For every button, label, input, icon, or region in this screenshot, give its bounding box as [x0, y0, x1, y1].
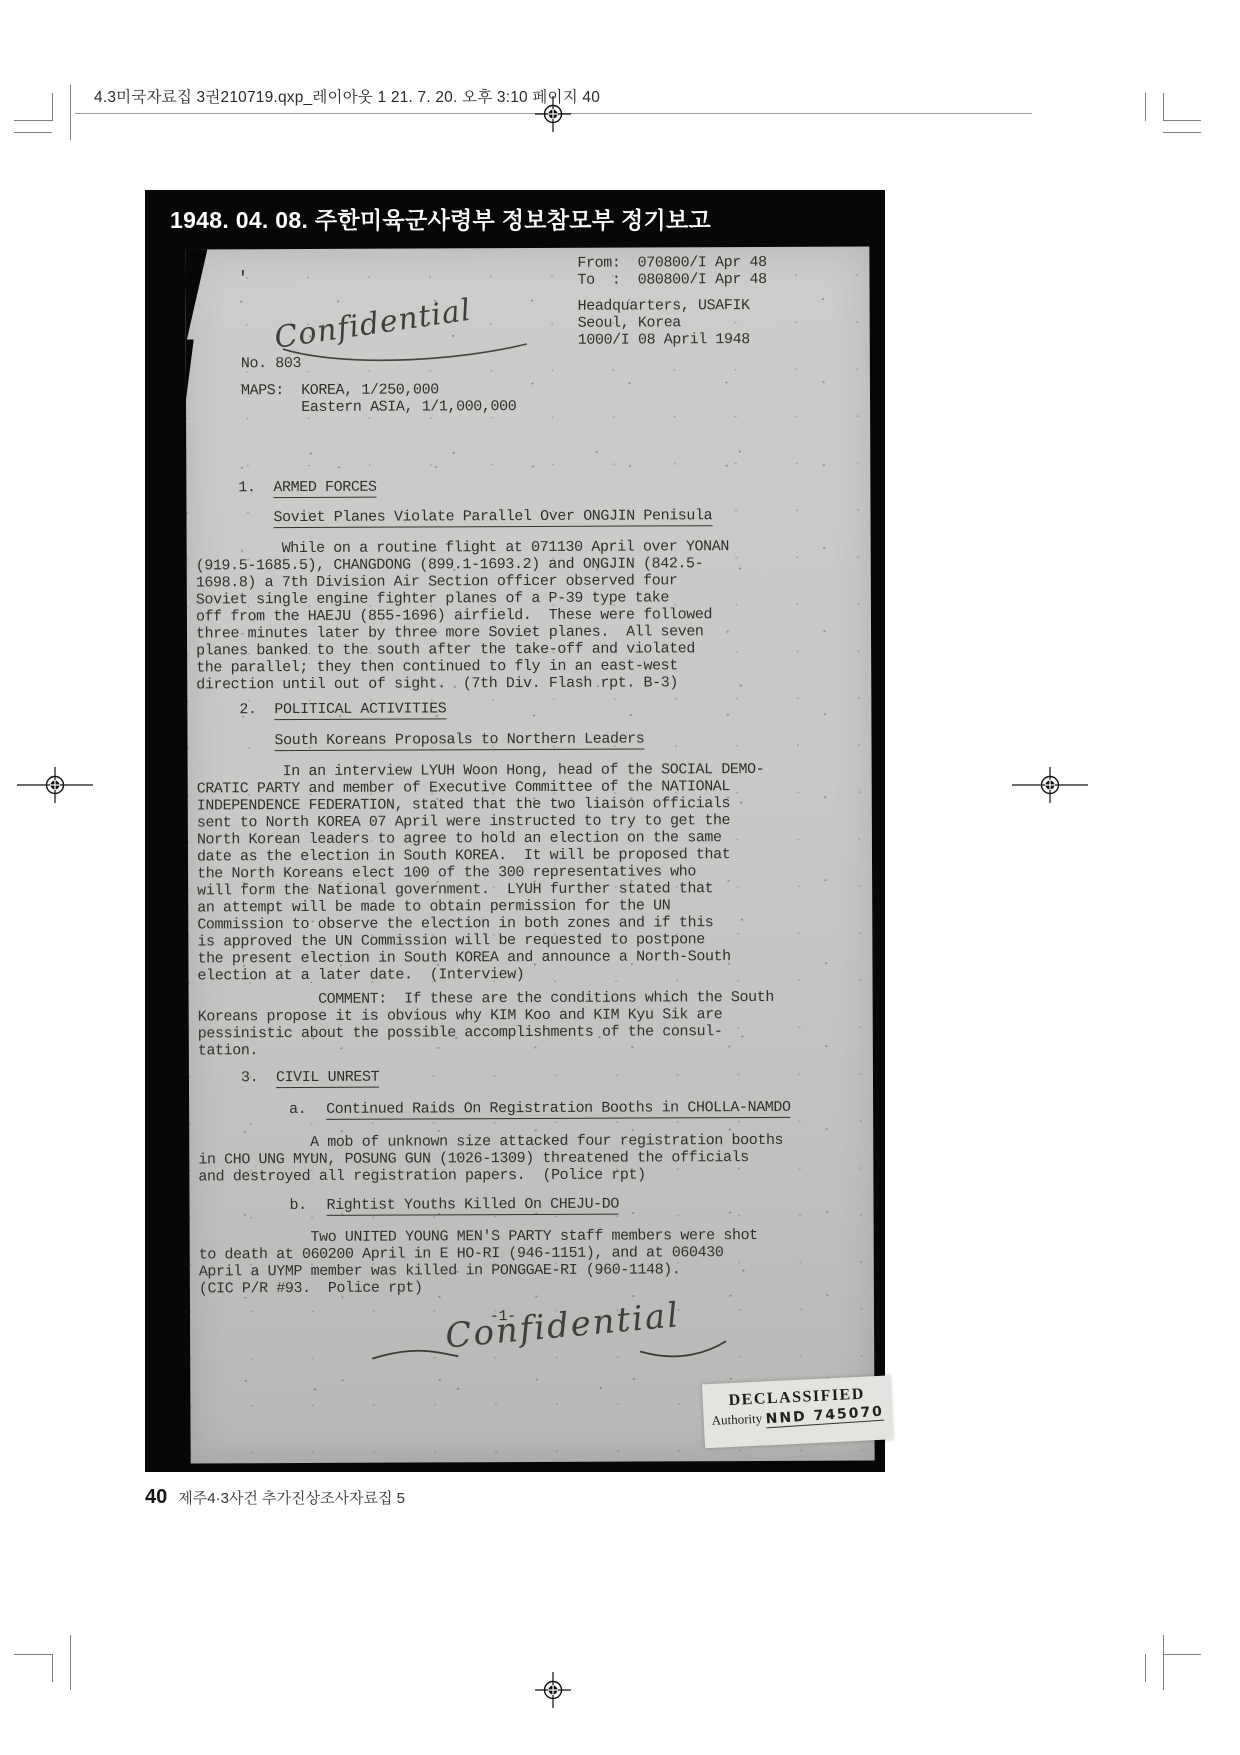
trim-mark	[1163, 132, 1201, 133]
scan-edge-shadow	[185, 249, 207, 344]
book-title: 제주4·3사건 추가진상조사자료집 5	[178, 1487, 405, 1508]
trim-mark	[52, 1654, 53, 1682]
section2-paragraph: In an interview LYUH Woon Hong, head of …	[197, 761, 766, 984]
item-b-title: Rightist Youths Killed On CHEJU-DO	[326, 1196, 619, 1216]
confidential-handwriting-top: Confidential	[272, 293, 473, 356]
registration-mark-icon	[17, 767, 93, 803]
registration-mark-icon	[535, 1672, 571, 1708]
section1-subheading: Soviet Planes Violate Parallel Over ONGJ…	[273, 507, 712, 528]
stray-typed-mark: '	[237, 271, 247, 288]
book-page-number: 40	[145, 1486, 167, 1509]
trim-mark	[1145, 93, 1146, 121]
item-b-letter: b.	[289, 1197, 306, 1214]
section3-number: 3.	[241, 1069, 258, 1086]
trim-mark	[1163, 120, 1201, 121]
registration-mark-icon	[1012, 767, 1088, 803]
scan-title: 1948. 04. 08. 주한미육군사령부 정보참모부 정기보고	[170, 202, 711, 235]
section1-paragraph: While on a routine flight at 071130 Apri…	[196, 538, 730, 693]
trim-mark	[1145, 1654, 1146, 1682]
item-b-paragraph: Two UNITED YOUNG MEN'S PARTY staff membe…	[199, 1227, 758, 1297]
trim-mark	[1163, 1635, 1164, 1690]
section3-title: CIVIL UNREST	[276, 1069, 379, 1088]
from-to-block: From: 070800/I Apr 48 To : 080800/I Apr …	[577, 254, 766, 289]
maps-block: MAPS: KOREA, 1/250,000 Eastern ASIA, 1/1…	[241, 381, 516, 416]
trim-mark	[1163, 1654, 1201, 1655]
trim-mark	[52, 93, 53, 121]
trim-mark	[14, 132, 52, 133]
authority-label: Authority	[711, 1411, 762, 1428]
trim-mark	[1163, 93, 1164, 121]
item-a-paragraph: A mob of unknown size attacked four regi…	[198, 1132, 783, 1186]
section2-number: 2.	[239, 701, 256, 718]
section2-subheading: South Koreans Proposals to Northern Lead…	[274, 730, 644, 751]
book-page: 4.3미국자료집 3권210719.qxp_레이아웃 1 21. 7. 20. …	[0, 0, 1240, 1755]
section1-number: 1.	[238, 479, 255, 496]
document-number: No. 803	[241, 355, 301, 372]
confidential-handwriting-bottom: Confidential	[444, 1295, 682, 1356]
trim-mark	[14, 1654, 52, 1655]
document-paper: ' From: 070800/I Apr 48 To : 080800/I Ap…	[185, 247, 874, 1464]
trim-mark	[70, 85, 71, 140]
declassified-stamp: DECLASSIFIED Authority NND 745070	[702, 1375, 893, 1448]
trim-mark	[14, 120, 52, 121]
item-a-title: Continued Raids On Registration Booths i…	[326, 1099, 791, 1120]
item-a-letter: a.	[289, 1101, 306, 1118]
scanned-document-frame: 1948. 04. 08. 주한미육군사령부 정보참모부 정기보고 ' From…	[145, 190, 885, 1472]
book-footer: 40 제주4·3사건 추가진상조사자료집 5	[145, 1486, 405, 1509]
section1-title: ARMED FORCES	[273, 479, 376, 498]
scan-edge-shadow	[186, 339, 194, 399]
section2-title: POLITICAL ACTIVITIES	[274, 700, 446, 720]
trim-mark	[70, 1635, 71, 1690]
print-layout-header: 4.3미국자료집 3권210719.qxp_레이아웃 1 21. 7. 20. …	[94, 85, 600, 107]
headquarters-block: Headquarters, USAFIK Seoul, Korea 1000/I…	[578, 297, 750, 349]
section2-comment: COMMENT: If these are the conditions whi…	[198, 989, 775, 1060]
registration-mark-icon	[535, 96, 571, 132]
